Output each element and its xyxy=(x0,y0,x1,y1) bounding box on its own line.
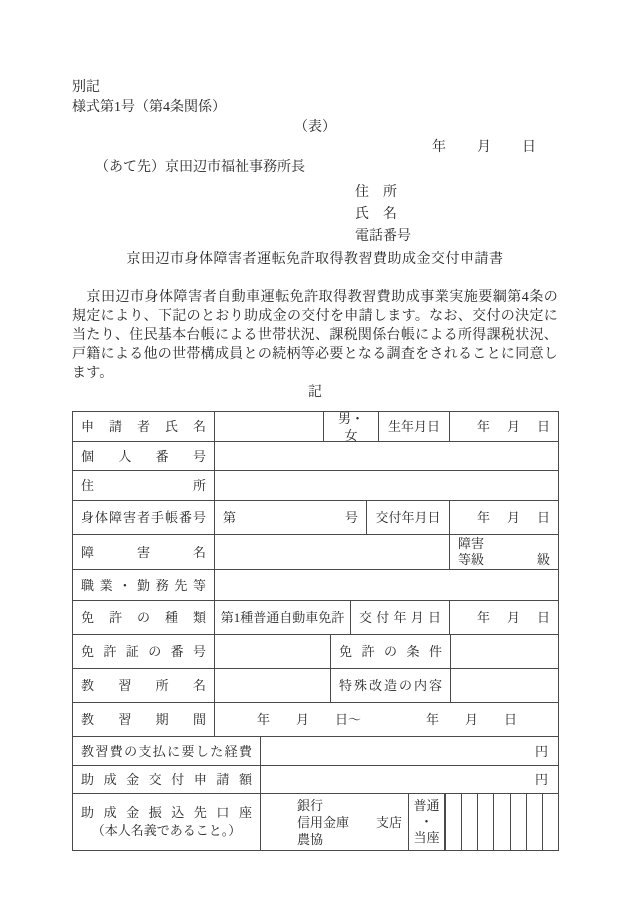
bank-institution-cell: 銀行 信用金庫 支店 農協 xyxy=(260,794,408,850)
row-grant-amount: 助成金交付申請額 円 xyxy=(73,765,558,793)
row-handbook-number: 身体障害者手帳番号 第 号 交付年月日 年 月 日 xyxy=(73,500,558,534)
occupation-input-area xyxy=(214,570,558,600)
grant-amount-input-area: 円 xyxy=(260,766,558,793)
modification-label: 特殊改造の内容 xyxy=(330,669,450,702)
account-type-checking: 当座 xyxy=(413,830,439,846)
birthdate-input-area: 年 月 日 xyxy=(449,412,558,441)
consent-paragraph: 京田辺市身体障害者自動車運転免許取得教習費助成事業実施要綱第4条の規定により、下… xyxy=(72,288,558,383)
disability-name-label: 障害名 xyxy=(73,535,214,569)
applicant-contact-block: 住 所 氏 名 電話番号 xyxy=(355,182,558,248)
date-field: 年 月 日 xyxy=(72,138,558,158)
school-name-input-area xyxy=(214,669,330,702)
grade-word: 等級 xyxy=(458,552,484,568)
row-disability-name: 障害名 障害 等級 級 xyxy=(73,534,558,569)
row-personal-number: 個人番号 xyxy=(73,441,558,470)
bank-account-note: （本人名義であること。） xyxy=(81,822,252,840)
branch-label: 支店 xyxy=(376,814,402,831)
agri-coop-option: 農協 xyxy=(297,831,402,848)
school-name-label: 教習所名 xyxy=(73,669,214,702)
training-period-input-area: 年 月 日～ 年 月 日 xyxy=(214,703,558,736)
row-occupation: 職業・勤務先等 xyxy=(73,569,558,600)
form-number: 様式第1号（第4条関係） xyxy=(72,98,558,118)
row-license-type: 免許の種類 第1種普通自動車免許 交付年月日 年 月 日 xyxy=(73,600,558,634)
training-period-label: 教習期間 xyxy=(73,703,214,736)
handbook-issue-date-label: 交付年月日 xyxy=(366,501,449,534)
account-digit-box-3 xyxy=(477,794,493,850)
row-school-name: 教習所名 特殊改造の内容 xyxy=(73,668,558,702)
account-digit-box-2 xyxy=(461,794,477,850)
account-number-boxes xyxy=(444,794,558,850)
license-condition-label: 免許の条件 xyxy=(330,635,450,668)
handbook-number-label: 身体障害者手帳番号 xyxy=(73,501,214,534)
occupation-label: 職業・勤務先等 xyxy=(73,570,214,600)
application-table: 申請者氏名 男・女 生年月日 年 月 日 個人番号 住所 身体障害者手帳番号 第… xyxy=(72,411,559,851)
appendix-note: 別記 xyxy=(72,78,558,98)
account-digit-box-5 xyxy=(510,794,526,850)
birthdate-label: 生年月日 xyxy=(378,412,449,441)
record-mark: 記 xyxy=(72,383,558,402)
applicant-name-label: 申請者氏名 xyxy=(73,412,214,441)
license-issue-date-input-area: 年 月 日 xyxy=(449,601,558,634)
license-type-label: 免許の種類 xyxy=(73,601,214,634)
personal-number-label: 個人番号 xyxy=(73,442,214,470)
license-type-value: 第1種普通自動車免許 xyxy=(214,601,350,634)
document-page: 別記 様式第1号（第4条関係） （表） 年 月 日 （あて先）京田辺市福祉事務所… xyxy=(0,0,630,851)
row-address: 住所 xyxy=(73,470,558,500)
row-training-period: 教習期間 年 月 日～ 年 月 日 xyxy=(73,702,558,736)
account-digit-box-7 xyxy=(542,794,558,850)
account-type-ordinary: 普通 xyxy=(413,798,439,814)
side-label: （表） xyxy=(72,118,558,138)
document-title: 京田辺市身体障害者運転免許取得教習費助成金交付申請書 xyxy=(72,250,558,270)
phone-label: 電話番号 xyxy=(355,226,558,248)
row-training-cost: 教習費の支払に要した経費 円 xyxy=(73,736,558,765)
disability-grade-label-line2: 等級 級 xyxy=(458,552,550,568)
handbook-number-prefix: 第 xyxy=(223,509,236,526)
personal-number-input-area xyxy=(214,442,558,470)
row-applicant-name: 申請者氏名 男・女 生年月日 年 月 日 xyxy=(73,412,558,441)
modification-input-area xyxy=(450,669,558,702)
account-digit-box-4 xyxy=(493,794,509,850)
row-license-number: 免許証の番号 免許の条件 xyxy=(73,634,558,668)
license-number-label: 免許証の番号 xyxy=(73,635,214,668)
license-issue-date-label: 交付年月日 xyxy=(350,601,449,634)
training-cost-input-area: 円 xyxy=(260,737,558,765)
credit-union-option: 信用金庫 xyxy=(297,814,349,831)
disability-grade-cell: 障害 等級 級 xyxy=(449,535,558,569)
bank-account-label: 助成金振込先口座 （本人名義であること。） xyxy=(73,794,260,850)
license-number-input-area xyxy=(214,635,330,668)
bank-option: 銀行 xyxy=(297,797,402,814)
disability-grade-label-line1: 障害 xyxy=(458,536,550,552)
disability-name-input-area xyxy=(214,535,449,569)
row-bank-account: 助成金振込先口座 （本人名義であること。） 銀行 信用金庫 支店 農協 普通 ・… xyxy=(73,793,558,850)
addressee-line: （あて先）京田辺市福祉事務所長 xyxy=(72,158,558,178)
license-condition-input-area xyxy=(450,635,558,668)
address-input-area xyxy=(214,471,558,500)
address-label: 住 所 xyxy=(355,182,558,204)
credit-union-branch-line: 信用金庫 支店 xyxy=(297,814,402,831)
bank-account-label-main: 助成金振込先口座 xyxy=(81,804,252,822)
handbook-number-input-area: 第 号 xyxy=(214,501,366,534)
address-row-label: 住所 xyxy=(73,471,214,500)
name-label: 氏 名 xyxy=(355,204,558,226)
training-cost-label: 教習費の支払に要した経費 xyxy=(73,737,260,765)
applicant-name-input-area xyxy=(214,412,323,441)
account-type-cell: 普通 ・ 当座 xyxy=(408,794,444,850)
account-type-separator: ・ xyxy=(420,814,433,830)
handbook-number-suffix: 号 xyxy=(345,509,358,526)
grade-unit: 級 xyxy=(537,552,550,568)
sex-options: 男・女 xyxy=(323,412,378,441)
account-digit-box-6 xyxy=(526,794,542,850)
grant-amount-label: 助成金交付申請額 xyxy=(73,766,260,793)
handbook-issue-date-input-area: 年 月 日 xyxy=(449,501,558,534)
account-digit-box-1 xyxy=(445,794,461,850)
